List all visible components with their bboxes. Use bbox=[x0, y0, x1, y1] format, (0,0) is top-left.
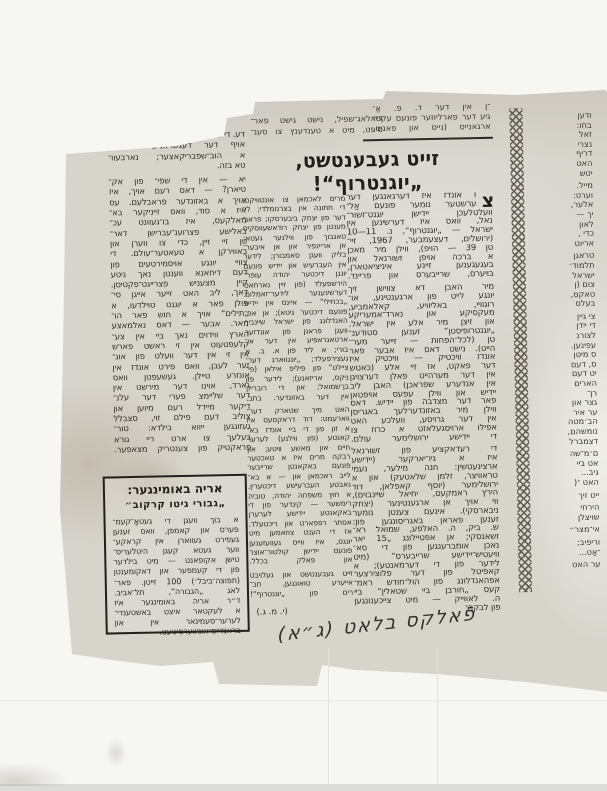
article-column-middle: מרים לאכמאן צו אונטוויקס;די חתונה אין בצ… bbox=[242, 194, 353, 599]
fold-crease-vertical-right bbox=[437, 648, 438, 788]
clipping-content: ־ן אין דער ד. פ. אַ־גיע דער פארליוזער פו… bbox=[50, 85, 607, 700]
book-notice-box: אריה באומינגער: „גבורי גיטו קרקוב״ א בוך… bbox=[103, 474, 250, 635]
text-line: סיפט, מיט א טענדענץ צו סענ־ bbox=[251, 124, 383, 138]
text-line: פראקטיק פון צענטריק מצאפער. bbox=[114, 443, 251, 456]
author-initials: (י. מ. ג.) bbox=[256, 606, 326, 617]
corner-smudge bbox=[0, 762, 70, 786]
text-line: רים פון „יוגנטרוף“! bbox=[250, 587, 353, 598]
article-column-left: דע. די־ו..אויף דער דעגשראנ־צ אוי שיןא הו… bbox=[108, 130, 251, 456]
top-fragment-column-a: ־ן אין דער ד. פ. אַ־גיע דער פארליוזער פו… bbox=[372, 101, 491, 133]
faint-pencil-mark bbox=[105, 738, 127, 768]
scanner-edge-strip bbox=[0, 784, 607, 791]
book-notice-text: א בוך וועגן די געטאָ־קעמ־פערס און קאמפן,… bbox=[112, 514, 240, 638]
article-headline: זייט געבענטשט, „יוגנטרוף“! bbox=[241, 146, 494, 183]
text-line: ארגאנייס (נייס און פאניס. bbox=[373, 121, 491, 133]
headline-rule bbox=[363, 137, 493, 142]
book-title: „גבורי גיטו קרקוב״ bbox=[112, 498, 238, 512]
book-author: אריה באומינגער: bbox=[112, 481, 238, 498]
top-fragment-column-b: דיאלאג־שפיל, נישט גישט פאר־סיפט, מיט א ט… bbox=[250, 113, 382, 138]
fold-crease-vertical-left bbox=[328, 648, 329, 788]
fold-crease-horizontal bbox=[0, 700, 607, 701]
torn-right-column: ודעןבחו:זאלנצרידריףהאטיטשמייל.וערט:אלער,… bbox=[527, 111, 600, 571]
newspaper-clipping: ־ן אין דער ד. פ. אַ־גיע דער פארליוזער פו… bbox=[56, 90, 607, 694]
text-line: ער האט bbox=[536, 560, 600, 571]
scanned-page: ־ן אין דער ד. פ. אַ־גיע דער פארליוזער פו… bbox=[0, 0, 607, 791]
article-column-right: ו אונדז איז דערגאנגען דערערשטער נומער פו… bbox=[346, 191, 500, 615]
